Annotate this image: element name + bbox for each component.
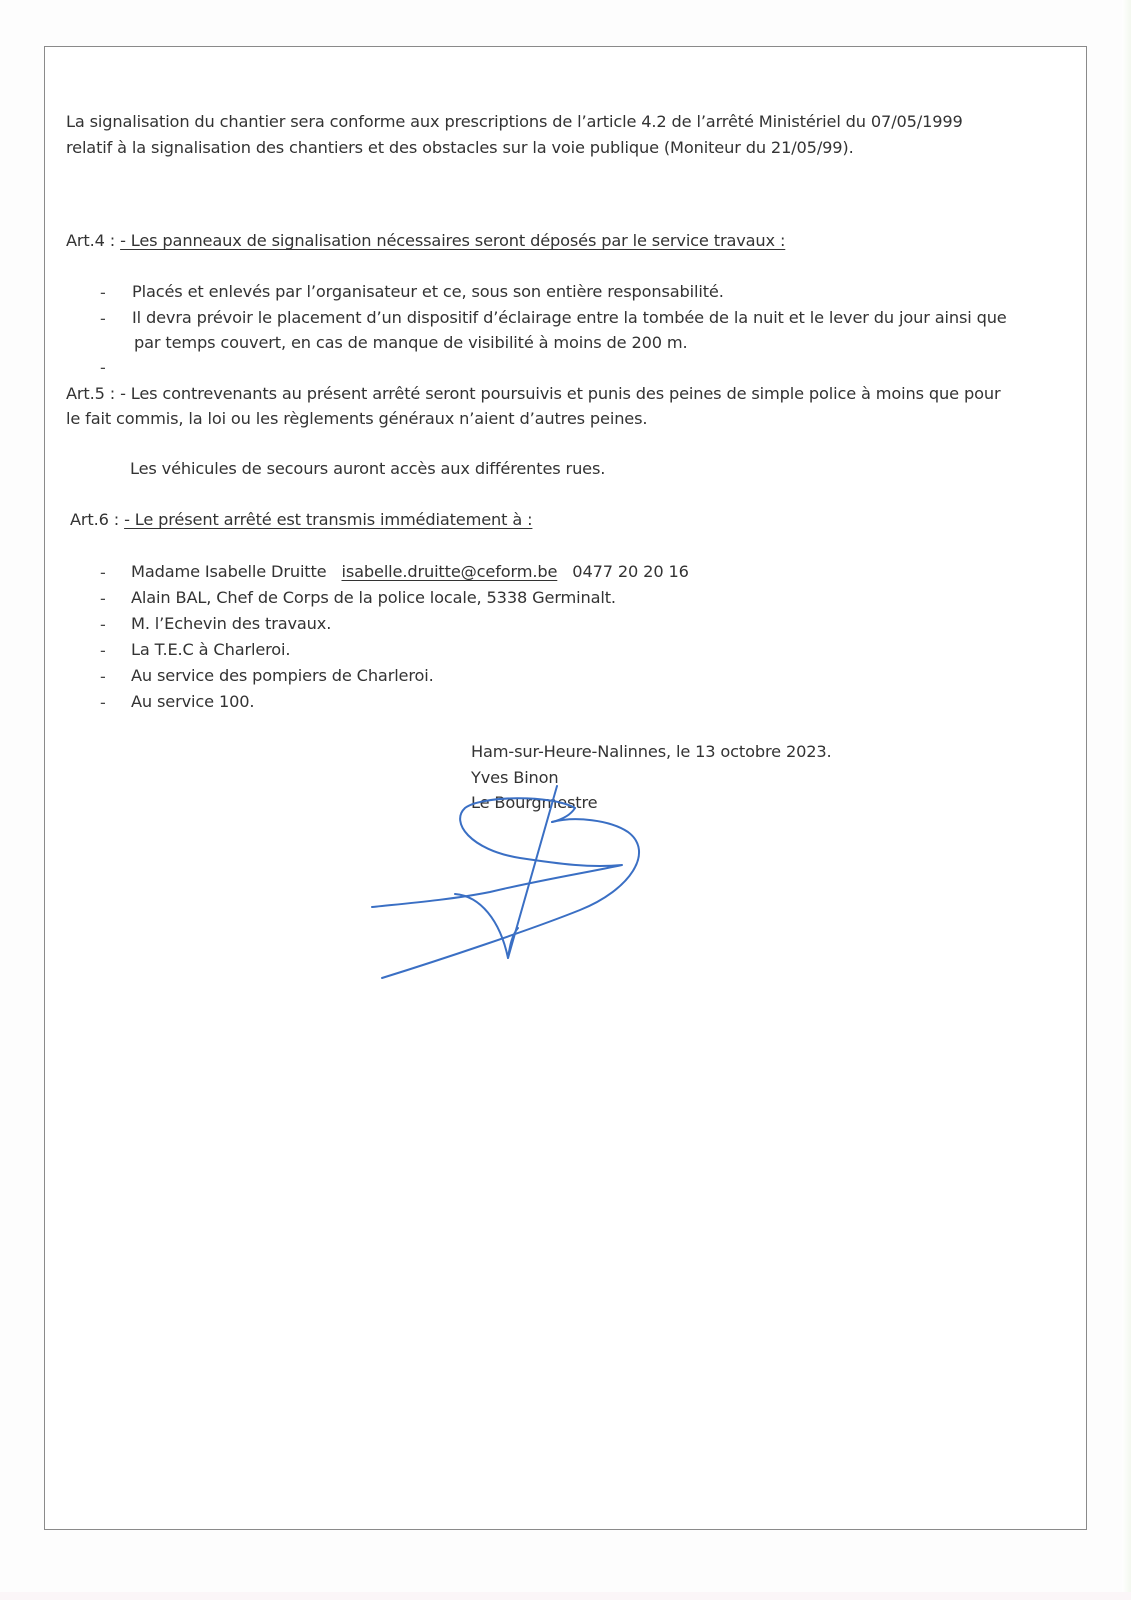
scan-edge-bottom — [0, 1592, 1131, 1600]
recipient-name: Madame Isabelle Druitte — [131, 562, 327, 581]
recipient-6: Au service 100. — [131, 692, 254, 711]
art4-item-1: Placés et enlevés par l’organisateur et … — [132, 282, 724, 301]
bullet-dash-empty: - — [100, 358, 106, 377]
bullet-dash: - — [100, 589, 106, 608]
handwritten-signature — [360, 780, 660, 995]
recipient-3: M. l’Echevin des travaux. — [131, 614, 331, 633]
intro-line-2: relatif à la signalisation des chantiers… — [66, 138, 854, 157]
art5-line-2: le fait commis, la loi ou les règlements… — [66, 409, 647, 428]
bullet-dash: - — [100, 641, 106, 660]
art5-note: Les véhicules de secours auront accès au… — [130, 459, 605, 478]
art4-title: - Les panneaux de signalisation nécessai… — [120, 231, 785, 250]
recipient-5: Au service des pompiers de Charleroi. — [131, 666, 434, 685]
place-date: Ham-sur-Heure-Nalinnes, le 13 octobre 20… — [471, 742, 832, 761]
intro-line-1: La signalisation du chantier sera confor… — [66, 112, 963, 131]
bullet-dash: - — [100, 309, 106, 328]
bullet-dash: - — [100, 283, 106, 302]
art4-item-2-continuation: par temps couvert, en cas de manque de v… — [134, 333, 688, 352]
art4-item-2: Il devra prévoir le placement d’un dispo… — [132, 308, 1007, 327]
art6-label: Art.6 : — [70, 510, 124, 529]
scan-edge-right — [1122, 0, 1131, 1600]
art5-line-1: Art.5 : - Les contrevenants au présent a… — [66, 384, 1000, 403]
art4-label: Art.4 : — [66, 231, 120, 250]
recipient-email-link[interactable]: isabelle.druitte@ceform.be — [342, 562, 558, 581]
recipient-2: Alain BAL, Chef de Corps de la police lo… — [131, 588, 616, 607]
recipient-4: La T.E.C à Charleroi. — [131, 640, 290, 659]
bullet-dash: - — [100, 615, 106, 634]
bullet-dash: - — [100, 667, 106, 686]
bullet-dash: - — [100, 693, 106, 712]
art6-title: - Le présent arrêté est transmis immédia… — [124, 510, 532, 529]
art6-heading: Art.6 : - Le présent arrêté est transmis… — [70, 510, 532, 529]
recipient-phone: 0477 20 20 16 — [572, 562, 688, 581]
bullet-dash: - — [100, 563, 106, 582]
art4-heading: Art.4 : - Les panneaux de signalisation … — [66, 231, 785, 250]
recipient-1: Madame Isabelle Druitte isabelle.druitte… — [131, 562, 689, 581]
